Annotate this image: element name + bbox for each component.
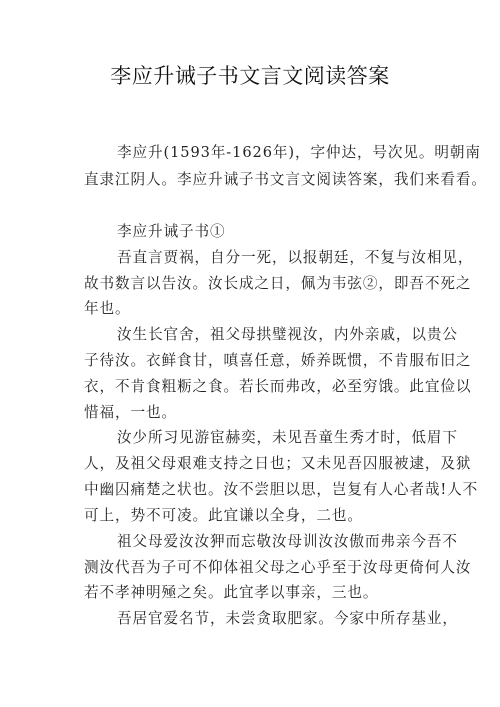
text-line: 李应升(1593年-1626年)，字仲达，号次见。明朝南: [117, 143, 481, 163]
text-line: 可上，势不可凌。此宜谦以全身，二也。: [84, 506, 363, 526]
document-page: 李应升诫子书文言文阅读答案 李应升(1593年-1626年)，字仲达，号次见。明…: [0, 0, 500, 707]
text-line: 测汝代吾为子可不仰体祖父母之心乎至于汝母更倚何人汝: [84, 558, 471, 578]
text-line: 中幽囚痛楚之状也。汝不尝胆以思，岂复有人心者哉!人不: [84, 480, 478, 500]
text-line: 子待汝。衣鲜食甘，嗔喜任意，娇养既惯，不肯服布旧之: [84, 351, 471, 371]
text-line: 惜福，一也。: [84, 403, 177, 423]
text-line: 吾直言贾祸，自分一死，以报朝廷，不复与汝相见，: [117, 248, 473, 268]
text-line: 年也。: [84, 299, 130, 319]
text-line: 吾居官爱名节，未尝贪取肥家。今家中所存基业，: [117, 609, 458, 629]
text-line: 李应升诫子书①: [117, 222, 225, 242]
text-line: 人，及祖父母艰难支持之日也；又未见吾囚服被逮，及狱: [84, 454, 471, 474]
text-line: 祖父母爱汝汝狎而忘敬汝母训汝汝傲而弗亲今吾不: [117, 532, 458, 552]
text-line: 直隶江阴人。李应升诫子书文言文阅读答案，我们来看看。: [84, 170, 487, 190]
text-line: 若不孝神明殛之矣。此宜孝以事亲，三也。: [84, 583, 378, 603]
text-line: 汝少所习见游宦赫奕，未见吾童生秀才时，低眉下: [117, 428, 458, 448]
text-line: 汝生长官舍，祖父母拱璧视汝，内外亲戚，以贵公: [117, 325, 458, 345]
document-title: 李应升诫子书文言文阅读答案: [0, 60, 500, 90]
text-line: 衣，不肯食粗粝之食。若长而弗改，必至穷饿。此宜俭以: [84, 377, 471, 397]
text-line: 故书数言以告汝。汝长成之日，佩为韦弦②，即吾不死之: [84, 274, 471, 294]
